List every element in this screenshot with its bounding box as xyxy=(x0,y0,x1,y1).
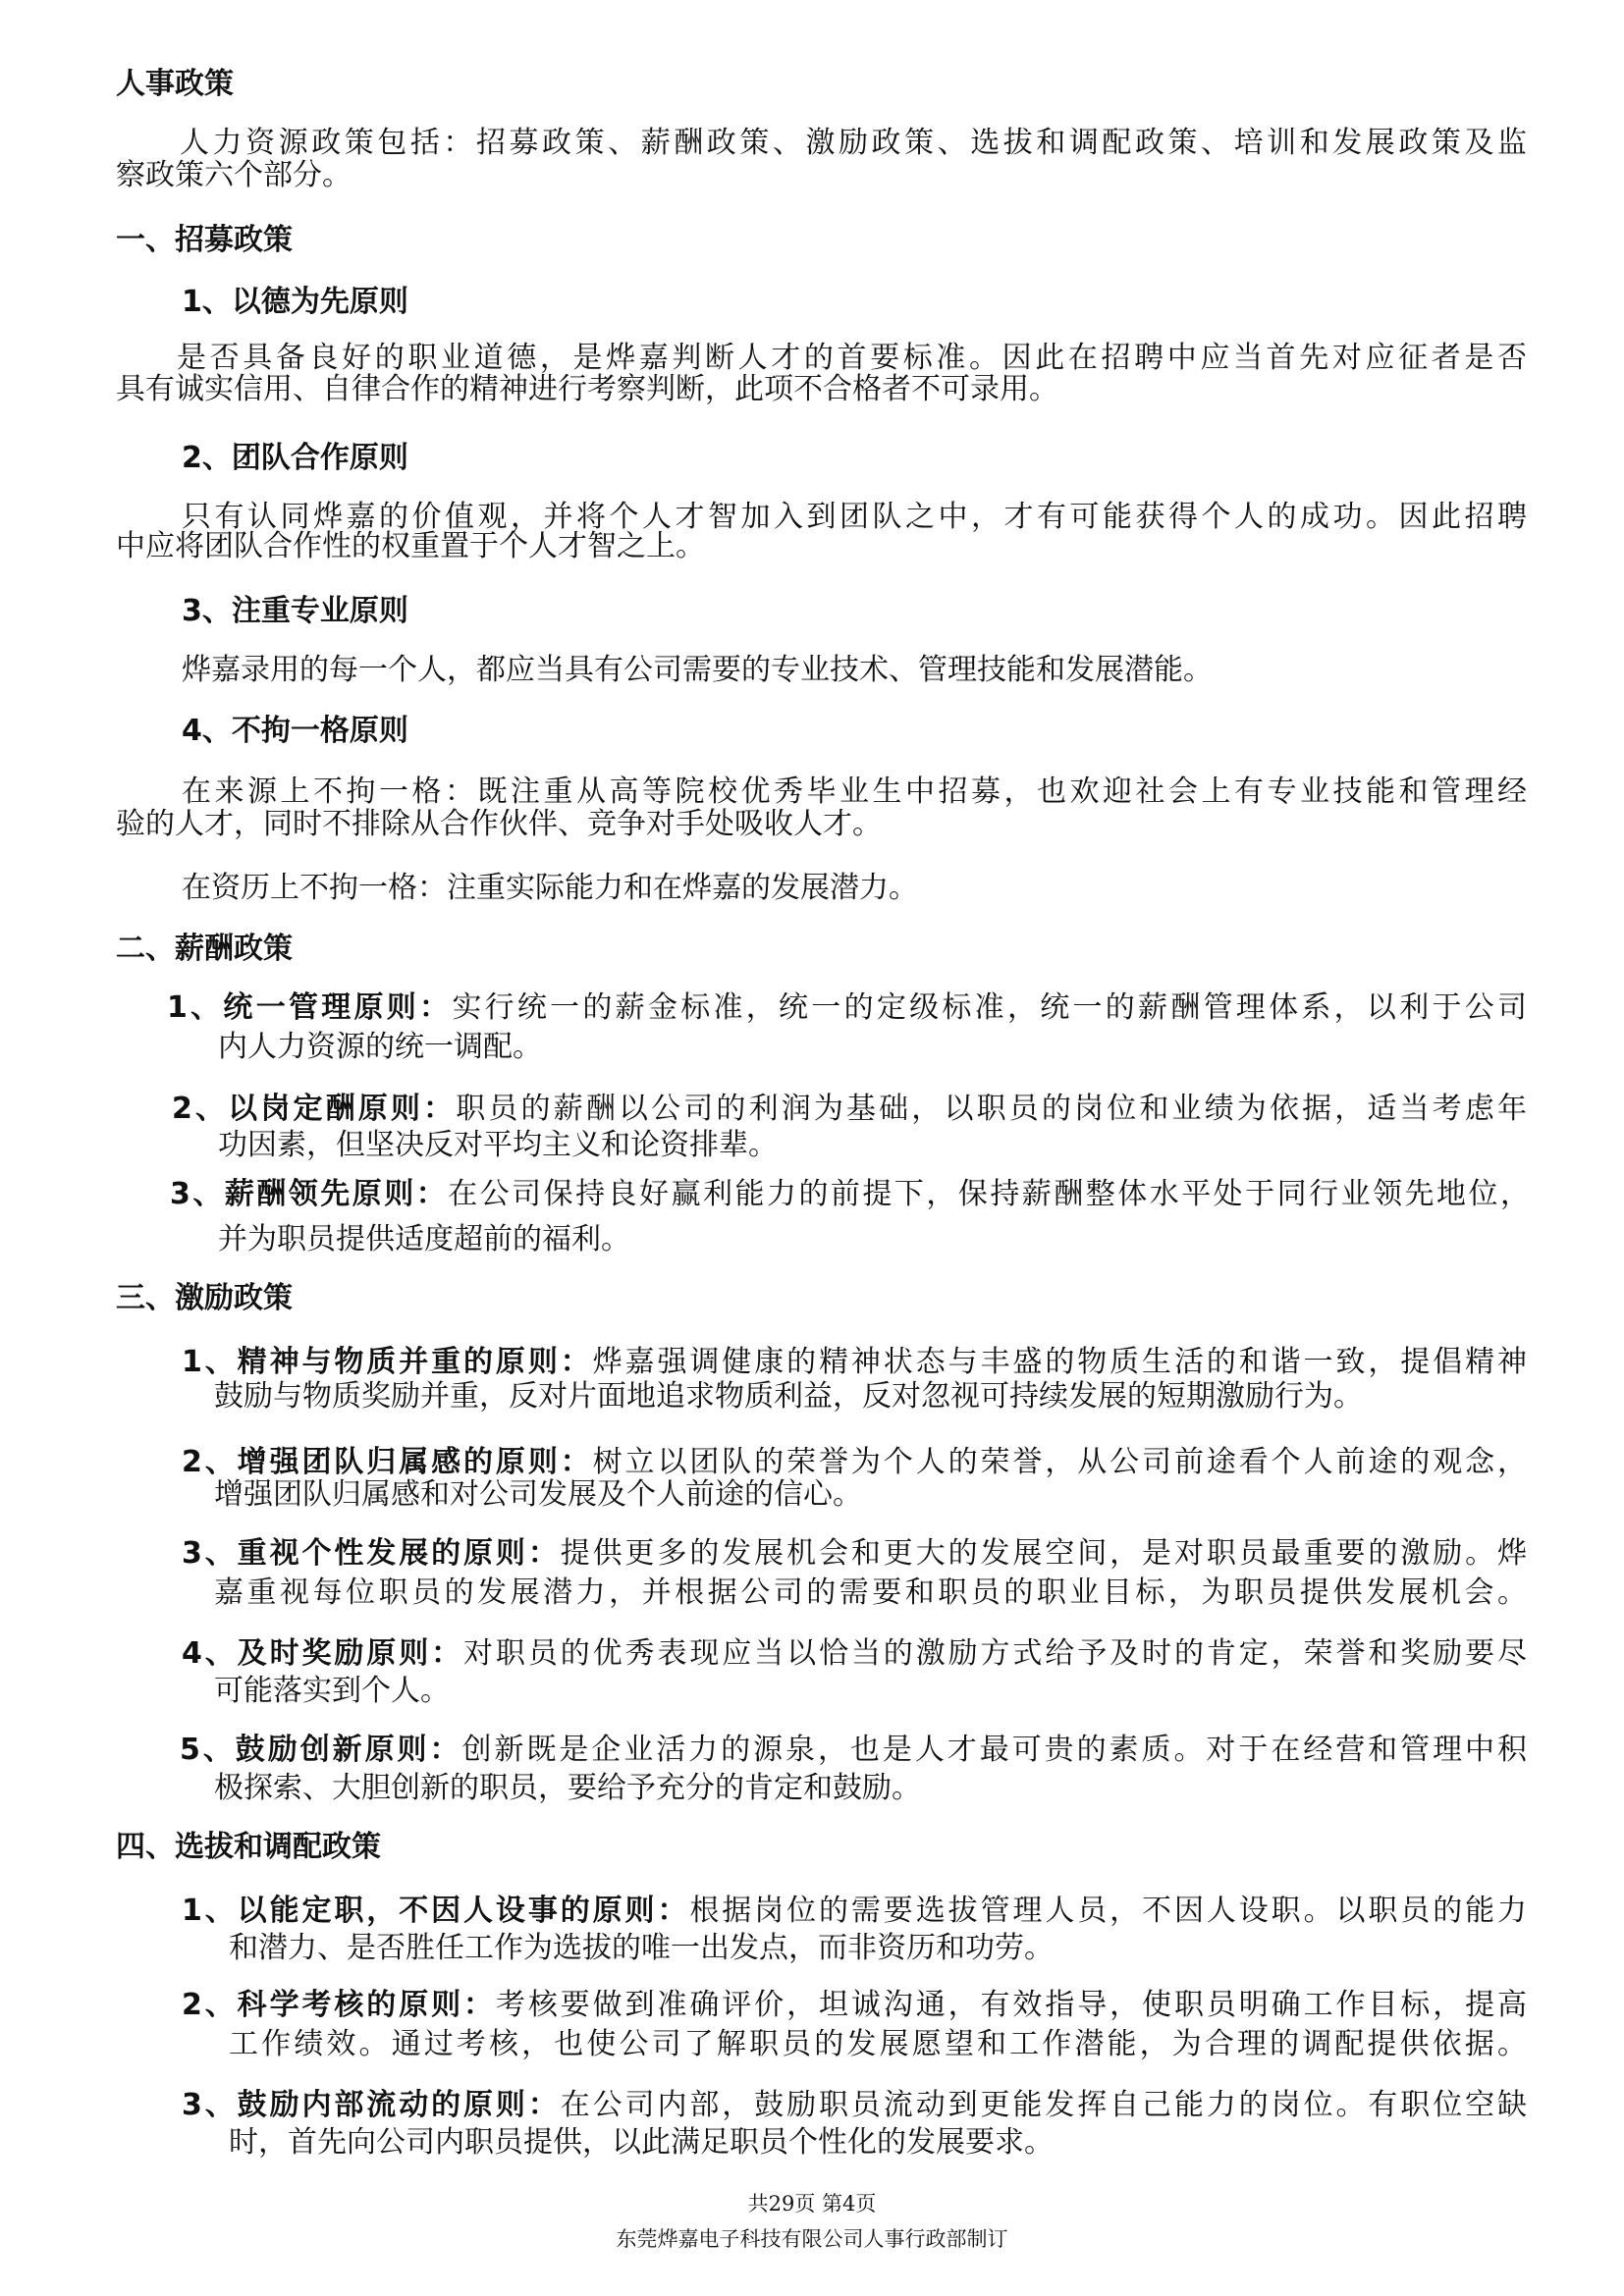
numbered-item-line: 3、鼓励内部流动的原则：在公司内部，鼓励职员流动到更能发挥自己能力的岗位。有职位… xyxy=(182,2089,1527,2122)
item-text: 提供更多的发展机会和更大的发展空间，是对职员最重要的激励。烨 xyxy=(561,1536,1527,1571)
numbered-item-line: 3、重视个性发展的原则：提供更多的发展机会和更大的发展空间，是对职员最重要的激励… xyxy=(182,1537,1527,1571)
section-heading-selection: 四、选拔和调配政策 xyxy=(116,1831,381,1864)
numbered-item-continuation: 鼓励与物质奖励并重，反对片面地追求物质利益，反对忽视可持续发展的短期激励行为。 xyxy=(214,1380,1363,1414)
numbered-item-continuation: 功因素，但坚决反对平均主义和论资排辈。 xyxy=(218,1129,778,1162)
item-text: 在公司内部，鼓励职员流动到更能发挥自己能力的岗位。有职位空缺 xyxy=(561,2088,1527,2122)
numbered-item-continuation: 和潜力、是否胜任工作为选拔的唯一出发点，而非资历和功劳。 xyxy=(229,1932,1054,1965)
numbered-item-line: 4、及时奖励原则：对职员的优秀表现应当以恰当的激励方式给予及时的肯定，荣誉和奖励… xyxy=(182,1637,1527,1671)
numbered-item-continuation: 工作绩效。通过考核，也使公司了解职员的发展愿望和工作潜能，为合理的调配提供依据。 xyxy=(229,2028,1527,2061)
numbered-item-line: 1、以能定职，不因人设事的原则：根据岗位的需要选拔管理人员，不因人设职。以职员的… xyxy=(182,1895,1527,1928)
item-label: 1、统一管理原则： xyxy=(167,990,452,1025)
subheading-virtue-first: 1、以德为先原则 xyxy=(182,286,408,319)
numbered-item-continuation: 增强团队归属感和对公司发展及个人前途的信心。 xyxy=(214,1478,862,1512)
subheading-unconventional: 4、不拘一格原则 xyxy=(182,715,408,748)
numbered-item-line: 1、统一管理原则：实行统一的薪金标准，统一的定级标准，统一的薪酬管理体系，以利于… xyxy=(167,991,1527,1025)
item-label: 3、薪酬领先原则： xyxy=(170,1177,448,1211)
page-title: 人事政策 xyxy=(116,68,234,101)
item-label: 3、鼓励内部流动的原则： xyxy=(182,2088,561,2122)
section-heading-compensation: 二、薪酬政策 xyxy=(116,933,293,966)
paragraph-line: 烨嘉录用的每一个人，都应当具有公司需要的专业技术、管理技能和发展潜能。 xyxy=(182,654,1213,687)
item-text: 创新既是企业活力的源泉，也是人才最可贵的素质。对于在经营和管理中积 xyxy=(461,1733,1527,1767)
item-text: 对职员的优秀表现应当以恰当的激励方式给予及时的肯定，荣誉和奖励要尽 xyxy=(463,1636,1527,1671)
item-label: 2、增强团队归属感的原则： xyxy=(182,1445,593,1479)
paragraph-line: 具有诚实信用、自律合作的精神进行考察判断，此项不合格者不可录用。 xyxy=(116,373,1058,406)
subheading-teamwork: 2、团队合作原则 xyxy=(182,442,408,475)
item-label: 2、科学考核的原则： xyxy=(182,1988,496,2022)
numbered-item-line: 3、薪酬领先原则：在公司保持良好赢利能力的前提下，保持薪酬整体水平处于同行业领先… xyxy=(170,1178,1530,1211)
item-label: 4、及时奖励原则： xyxy=(182,1636,463,1671)
intro-line-1: 人力资源政策包括：招募政策、薪酬政策、激励政策、选拔和调配政策、培训和发展政策及… xyxy=(180,127,1527,160)
paragraph-line: 在来源上不拘一格：既注重从高等院校优秀毕业生中招募，也欢迎社会上有专业技能和管理… xyxy=(182,775,1527,809)
numbered-item-continuation: 可能落实到个人。 xyxy=(214,1675,450,1708)
numbered-item-line: 2、增强团队归属感的原则：树立以团队的荣誉为个人的荣誉，从公司前途看个人前途的观… xyxy=(182,1446,1527,1479)
numbered-item-continuation: 嘉重视每位职员的发展潜力，并根据公司的需要和职员的职业目标，为职员提供发展机会。 xyxy=(214,1576,1527,1610)
paragraph-line: 中应将团队合作性的权重置于个人才智之上。 xyxy=(116,530,705,563)
section-heading-recruitment: 一、招募政策 xyxy=(116,224,293,257)
section-heading-incentive: 三、激励政策 xyxy=(116,1282,293,1315)
item-text: 在公司保持良好赢利能力的前提下，保持薪酬整体水平处于同行业领先地位， xyxy=(448,1177,1530,1211)
item-label: 3、重视个性发展的原则： xyxy=(182,1536,561,1571)
numbered-item-continuation: 并为职员提供适度超前的福利。 xyxy=(218,1223,630,1256)
item-text: 根据岗位的需要选拔管理人员，不因人设职。以职员的能力 xyxy=(689,1894,1527,1928)
numbered-item-line: 5、鼓励创新原则：创新既是企业活力的源泉，也是人才最可贵的素质。对于在经营和管理… xyxy=(180,1734,1527,1767)
subheading-professional: 3、注重专业原则 xyxy=(182,595,408,628)
numbered-item-continuation: 极探索、大胆创新的职员，要给予充分的肯定和鼓励。 xyxy=(214,1772,921,1805)
page-number: 共29页 第4页 xyxy=(0,2191,1624,2216)
numbered-item-line: 2、以岗定酬原则：职员的薪酬以公司的利润为基础，以职员的岗位和业绩为依据，适当考… xyxy=(172,1093,1527,1126)
intro-line-2: 察政策六个部分。 xyxy=(116,159,352,192)
footer-company: 东莞烨嘉电子科技有限公司人事行政部制订 xyxy=(0,2226,1624,2252)
item-label: 5、鼓励创新原则： xyxy=(180,1733,461,1767)
paragraph-line: 是否具备良好的职业道德，是烨嘉判断人才的首要标准。因此在招聘中应当首先对应征者是… xyxy=(177,342,1527,375)
numbered-item-continuation: 内人力资源的统一调配。 xyxy=(218,1031,542,1064)
item-text: 烨嘉强调健康的精神状态与丰盛的物质生活的和谐一致，提倡精神 xyxy=(593,1345,1527,1379)
item-label: 1、以能定职，不因人设事的原则： xyxy=(182,1894,689,1928)
item-label: 1、精神与物质并重的原则： xyxy=(182,1345,593,1379)
item-text: 实行统一的薪金标准，统一的定级标准，统一的薪酬管理体系，以利于公司 xyxy=(452,990,1527,1025)
item-text: 职员的薪酬以公司的利润为基础，以职员的岗位和业绩为依据，适当考虑年 xyxy=(456,1092,1527,1126)
paragraph-line: 验的人才，同时不排除从合作伙伴、竞争对手处吸收人才。 xyxy=(116,808,882,841)
numbered-item-continuation: 时，首先向公司内职员提供，以此满足职员个性化的发展要求。 xyxy=(229,2126,1054,2160)
numbered-item-line: 2、科学考核的原则：考核要做到准确评价，坦诚沟通，有效指导，使职员明确工作目标，… xyxy=(182,1989,1527,2022)
item-text: 树立以团队的荣誉为个人的荣誉，从公司前途看个人前途的观念， xyxy=(593,1445,1527,1479)
item-text: 考核要做到准确评价，坦诚沟通，有效指导，使职员明确工作目标，提高 xyxy=(496,1988,1527,2022)
paragraph-line: 在资历上不拘一格：注重实际能力和在烨嘉的发展潜力。 xyxy=(182,872,918,905)
item-label: 2、以岗定酬原则： xyxy=(172,1092,456,1126)
numbered-item-line: 1、精神与物质并重的原则：烨嘉强调健康的精神状态与丰盛的物质生活的和谐一致，提倡… xyxy=(182,1346,1527,1379)
